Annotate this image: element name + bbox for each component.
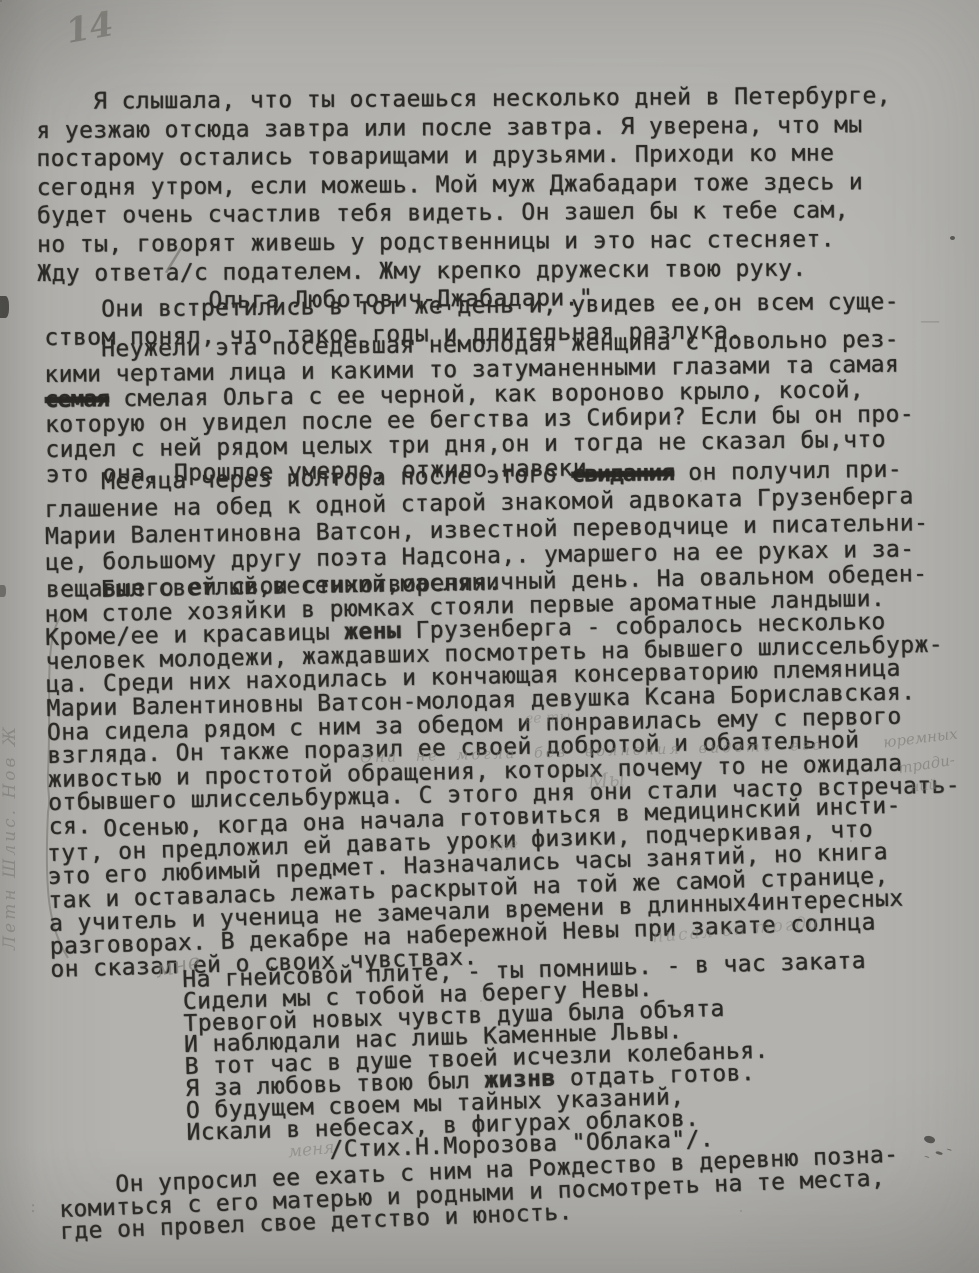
margin-note-vertical: Летн Шлис. Нов Ж [0,640,20,950]
text-segment: я уезжаю отсюда завтра или после завтра.… [36,112,863,144]
text-segment: Я слышала, что ты остаешься несколько дн… [36,83,891,115]
narrative-paragraph-christmas: Он упросил ее ехать с ним на Рождество в… [58,1144,901,1244]
text-segment: постарому остались товарищами и друзьями… [36,141,834,173]
pencil-margin-dash: — [920,308,940,332]
text-segment: но ты, говорят живешь у родственницы и э… [37,226,835,258]
text-segment: сегодня утром, если можешь. Мой муж Джаб… [37,169,864,201]
letter-excerpt-paragraph: Я слышала, что ты остаешься несколько дн… [36,82,892,317]
ink-smudge [923,1134,936,1145]
text-segment: будет очень счастлив тебя видеть. Он заш… [37,198,849,230]
scan-edge-artifact [0,585,6,597]
pencil-stray-colon: : [30,1196,36,1217]
struck-out-word: свидания [571,460,674,488]
ink-fleck [950,236,955,240]
paper-speckles [0,0,2,2]
text-segment: Жду ответа/с подателем. Жму крепко друже… [37,255,807,286]
text-segment: он получил при- [674,457,902,487]
scanned-document-page: 14 Летн Шлис. Нов Ж Я слышала, что ты ос… [0,0,979,1273]
pencil-scribble-lesson: мне [486,835,518,855]
poem-block: На гнейсовой плите, - ты помнишь. - в ча… [182,951,871,1166]
struck-out-word: семая [45,386,110,413]
pencil-scribble-above-line: ее ты [525,709,571,727]
pencil-scribble-we: Мы [587,766,626,793]
scan-edge-artifact [0,296,9,318]
page-number-handwritten: 14 [63,4,117,52]
